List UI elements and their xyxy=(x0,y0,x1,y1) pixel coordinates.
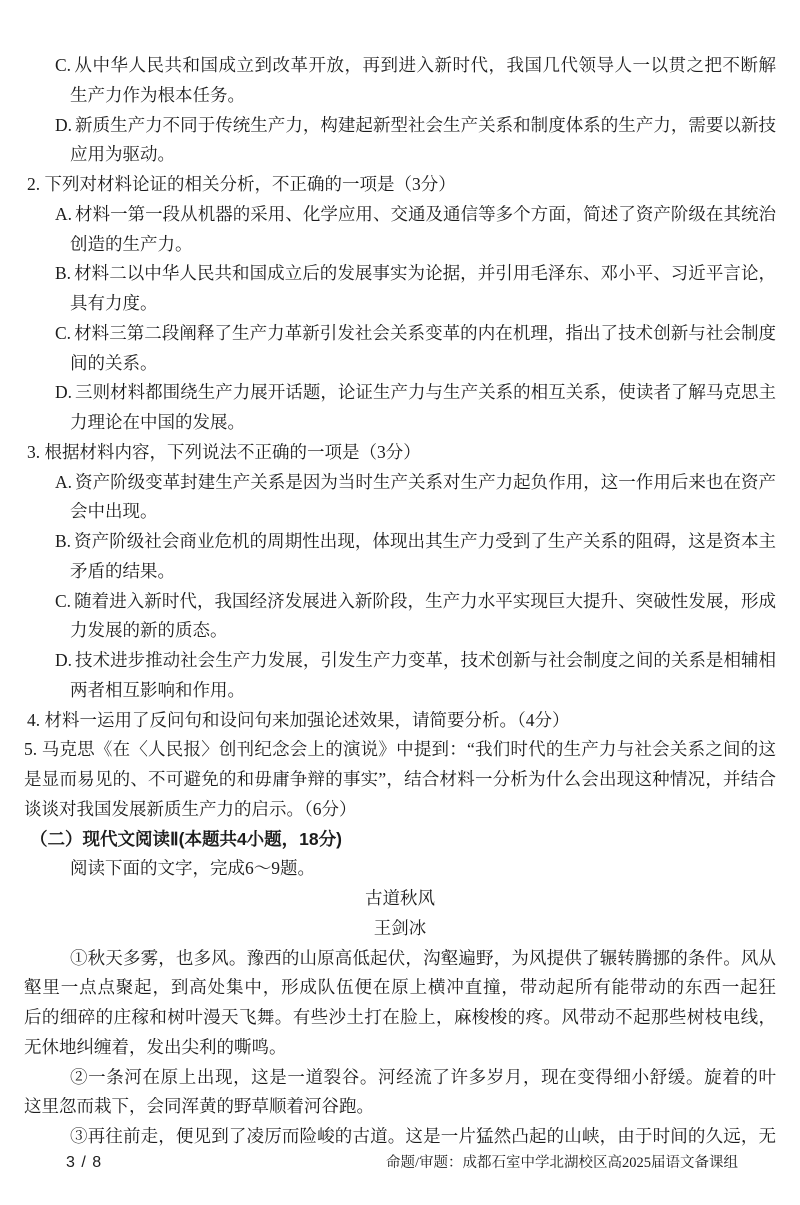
essay-title: 古道秋风 xyxy=(24,884,776,914)
q2-option-c-line1: C.材料三第二段阐释了生产力革新引发社会关系变革的内在机理，指出了技术创新与社会… xyxy=(55,319,776,349)
essay-para3-line1: ③再往前走，便见到了凌厉而险峻的古道。这是一片猛然凸起的山峡，由于时间的久远，无… xyxy=(70,1122,776,1152)
q3-option-b-label: B. xyxy=(55,531,71,551)
q3-option-a-line1: A.资产阶级变革封建生产关系是因为当时生产关系对生产力起负作用，这一作用后来也在… xyxy=(55,468,776,498)
q5-line3: 谈谈对我国发展新质生产力的启示。（6分） xyxy=(24,795,776,825)
q1-option-c-line1: C.从中华人民共和国成立到改革开放，再到进入新时代，我国几代领导人一以贯之把不断… xyxy=(55,51,776,81)
q1-option-c-text1: 从中华人民共和国成立到改革开放，再到进入新时代，我国几代领导人一以贯之把不断解放… xyxy=(55,55,776,81)
q5-line1: 5. 马克思《在〈人民报〉创刊纪念会上的演说》中提到：“我们时代的生产力与社会关… xyxy=(24,735,776,765)
q3-option-a-line2: 会中出现。 xyxy=(70,497,776,527)
essay-para2-line2: 这里忽而栽下，会同浑黄的野草顺着河谷跑。 xyxy=(24,1092,776,1122)
q4-stem: 4. 材料一运用了反问句和设问句来加强论述效果，请简要分析。（4分） xyxy=(27,706,776,736)
q2-option-a-line1: A.材料一第一段从机器的采用、化学应用、交通及通信等多个方面，简述了资产阶级在其… xyxy=(55,200,776,230)
q1-option-d-line1: D.新质生产力不同于传统生产力，构建起新型社会生产关系和制度体系的生产力，需要以… xyxy=(55,111,776,141)
q2-option-d-line1: D.三则材料都围绕生产力展开话题，论证生产力与生产关系的相互关系，使读者了解马克… xyxy=(55,378,776,408)
page-footer: 3 / 8 命题/审题：成都石室中学北湖校区高2025届语文备课组 xyxy=(24,1151,776,1172)
q3-option-d-label: D. xyxy=(55,650,72,670)
section2-heading: （二）现代文阅读Ⅱ(本题共4小题，18分) xyxy=(30,825,776,855)
q2-option-b-line1: B.材料二以中华人民共和国成立后的发展事实为论据，并引用毛泽东、邓小平、习近平言… xyxy=(55,259,776,289)
q2-option-d-label: D. xyxy=(55,382,72,402)
q3-option-c-line2: 力发展的新的质态。 xyxy=(70,616,776,646)
q3-option-d-text1: 技术进步推动社会生产力发展，引发生产力变革，技术创新与社会制度之间的关系是相辅相… xyxy=(55,650,776,676)
essay-author: 王剑冰 xyxy=(24,914,776,944)
q3-option-c-label: C. xyxy=(55,591,71,611)
q2-stem: 2. 下列对材料论证的相关分析，不正确的一项是（3分） xyxy=(27,170,776,200)
q5-line2: 是显而易见的、不可避免的和毋庸争辩的事实”，结合材料一分析为什么会出现这种情况，… xyxy=(24,765,776,795)
q1-option-d-line2: 应用为驱动。 xyxy=(70,140,776,170)
q3-option-d-line1: D.技术进步推动社会生产力发展，引发生产力变革，技术创新与社会制度之间的关系是相… xyxy=(55,646,776,676)
q2-option-b-text1: 材料二以中华人民共和国成立后的发展事实为论据，并引用毛泽东、邓小平、习近平言论，… xyxy=(55,263,776,289)
q1-option-d-label: D. xyxy=(55,115,72,135)
q1-option-c-label: C. xyxy=(55,55,71,75)
q2-option-d-line2: 力理论在中国的发展。 xyxy=(70,408,776,438)
essay-para1-line4: 无休地纠缠着，发出尖利的嘶鸣。 xyxy=(24,1033,776,1063)
q2-option-a-text1: 材料一第一段从机器的采用、化学应用、交通及通信等多个方面，简述了资产阶级在其统治… xyxy=(55,204,776,230)
essay-para1-line2: 壑里一点点聚起，到高处集中，形成队伍便在原上横冲直撞，带动起所有能带动的东西一起… xyxy=(24,973,776,1003)
q3-option-a-text1: 资产阶级变革封建生产关系是因为当时生产关系对生产力起负作用，这一作用后来也在资产… xyxy=(55,472,776,498)
q2-option-d-text1: 三则材料都围绕生产力展开话题，论证生产力与生产关系的相互关系，使读者了解马克思主… xyxy=(55,382,776,408)
q2-option-b-line2: 具有力度。 xyxy=(70,289,776,319)
exam-page: C.从中华人民共和国成立到改革开放，再到进入新时代，我国几代领导人一以贯之把不断… xyxy=(0,0,800,1205)
q2-option-c-text1: 材料三第二段阐释了生产力革新引发社会关系变革的内在机理，指出了技术创新与社会制度… xyxy=(55,323,776,349)
q3-option-c-line1: C.随着进入新时代，我国经济发展进入新阶段，生产力水平实现巨大提升、突破性发展，… xyxy=(55,587,776,617)
q2-option-b-label: B. xyxy=(55,263,71,283)
essay-para1-line1: ①秋天多雾，也多风。豫西的山原高低起伏，沟壑遍野，为风提供了辗转腾挪的条件。风从… xyxy=(70,944,776,974)
q2-option-c-line2: 间的关系。 xyxy=(70,349,776,379)
q2-option-a-label: A. xyxy=(55,204,72,224)
essay-para2-line1: ②一条河在原上出现，这是一道裂谷。河经流了许多岁月，现在变得细小舒缓。旋着的叶子… xyxy=(70,1063,776,1093)
essay-para1-line3: 后的细碎的庄稼和树叶漫天飞舞。有些沙土打在脸上，麻梭梭的疼。风带动不起那些树枝电… xyxy=(24,1003,776,1033)
q3-option-b-text1: 资产阶级社会商业危机的周期性出现，体现出其生产力受到了生产关系的阻碍，这是资本主… xyxy=(55,531,776,557)
q3-option-a-label: A. xyxy=(55,472,72,492)
section2-instruction: 阅读下面的文字，完成6～9题。 xyxy=(70,854,776,884)
exam-content: C.从中华人民共和国成立到改革开放，再到进入新时代，我国几代领导人一以贯之把不断… xyxy=(24,51,776,1152)
q3-stem: 3. 根据材料内容，下列说法不正确的一项是（3分） xyxy=(27,438,776,468)
page-number: 3 / 8 xyxy=(66,1154,102,1172)
q2-option-c-label: C. xyxy=(55,323,71,343)
q3-option-b-line2: 矛盾的结果。 xyxy=(70,557,776,587)
q1-option-c-line2: 生产力作为根本任务。 xyxy=(70,81,776,111)
footer-credit: 命题/审题：成都石室中学北湖校区高2025届语文备课组 xyxy=(386,1151,738,1172)
q1-option-d-text1: 新质生产力不同于传统生产力，构建起新型社会生产关系和制度体系的生产力，需要以新技… xyxy=(55,115,776,141)
q2-option-a-line2: 创造的生产力。 xyxy=(70,230,776,260)
q3-option-d-line2: 两者相互影响和作用。 xyxy=(70,676,776,706)
q3-option-c-text1: 随着进入新时代，我国经济发展进入新阶段，生产力水平实现巨大提升、突破性发展，形成… xyxy=(55,591,776,617)
q3-option-b-line1: B.资产阶级社会商业危机的周期性出现，体现出其生产力受到了生产关系的阻碍，这是资… xyxy=(55,527,776,557)
